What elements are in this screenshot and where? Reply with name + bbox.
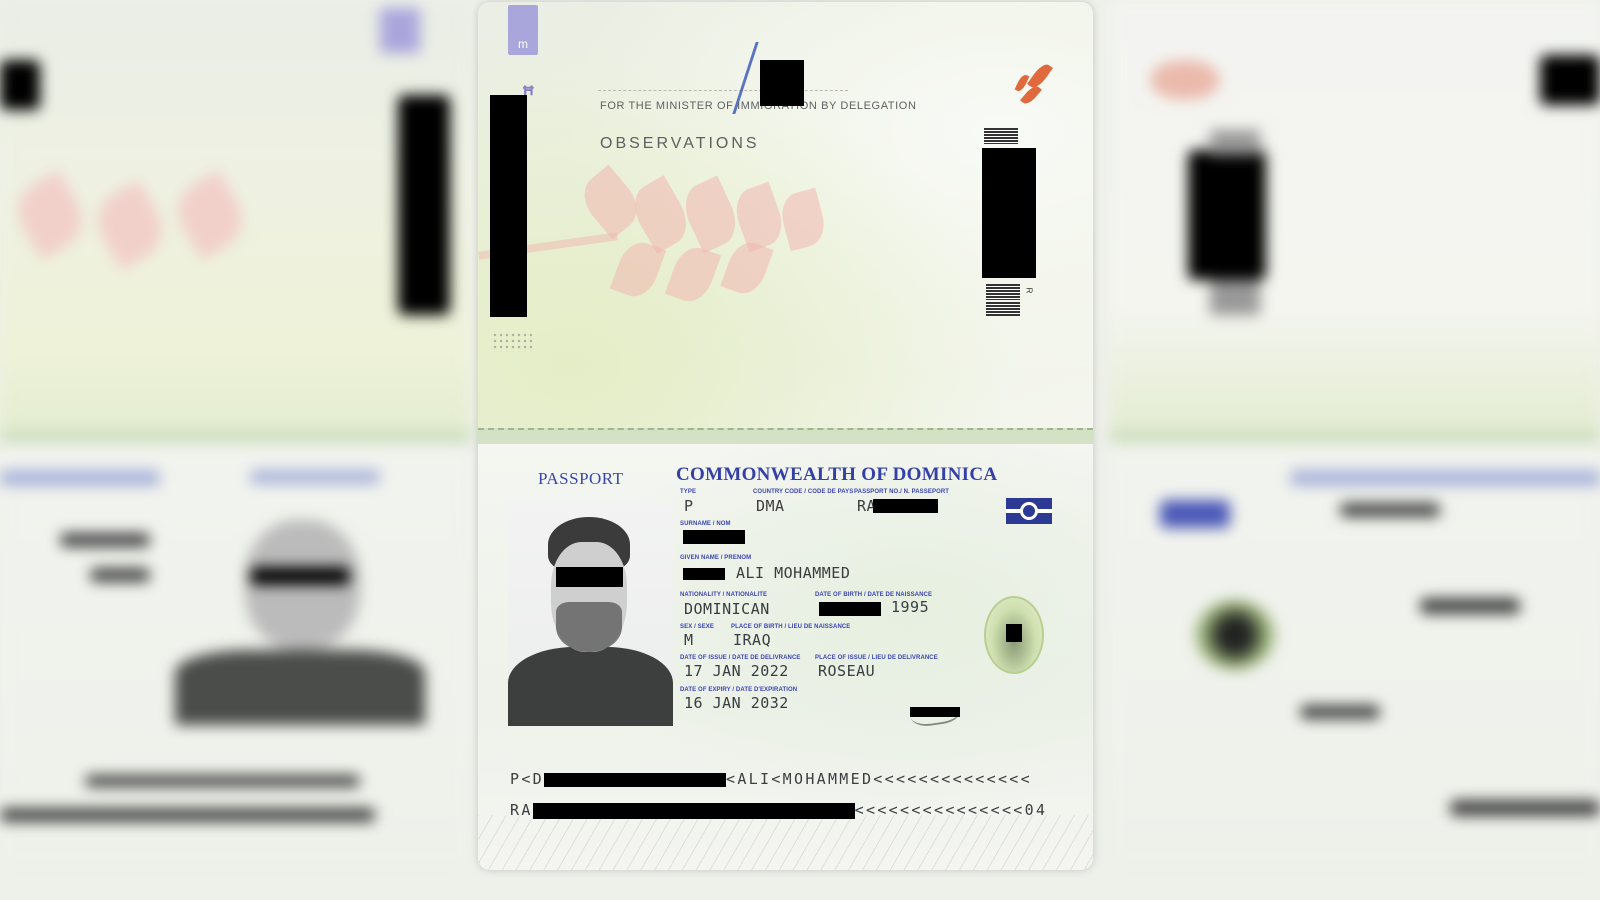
mrz-line-2: RA<<<<<<<<<<<<<<<04 — [510, 801, 1047, 819]
blurred-barcode — [1210, 130, 1260, 155]
blurred-stamp — [380, 8, 420, 53]
blurred-mrz-redaction — [1450, 800, 1600, 816]
passport-document: m ꟸ FOR THE MINISTER OF IMMIGRATION BY D… — [478, 2, 1093, 870]
barcode-segment — [986, 284, 1020, 300]
mrz-line-2-start: RA — [510, 801, 533, 819]
leaf-pattern — [729, 182, 789, 253]
blurred-seam — [0, 430, 470, 444]
type-value: P — [684, 497, 694, 515]
eye-redaction — [556, 567, 623, 587]
date-of-issue-value: 17 JAN 2022 — [684, 662, 789, 680]
leaf-pattern — [777, 188, 830, 251]
redaction-block — [1188, 150, 1266, 280]
redaction-block — [533, 803, 855, 819]
blurred-orange-mark — [1150, 60, 1220, 100]
type-label: TYPE — [680, 489, 696, 495]
nationality-value: DOMINICAN — [684, 600, 770, 618]
nationality-label: NATIONALITY / NATIONALITE — [680, 592, 767, 598]
stamp-letter: m — [518, 37, 528, 51]
mrz-line-2-end: <<<<<<<<<<<<<<<04 — [855, 801, 1048, 819]
sex-label: SEX / SEXE — [680, 624, 714, 630]
blurred-mrz-redaction — [85, 775, 360, 787]
redaction-block — [490, 95, 527, 317]
redaction-block — [683, 568, 725, 580]
minister-delegation-text: FOR THE MINISTER OF IMMIGRATION BY DELEG… — [600, 100, 917, 112]
ghost-image — [984, 596, 1044, 674]
observations-page: m ꟸ FOR THE MINISTER OF IMMIGRATION BY D… — [478, 2, 1093, 430]
date-of-issue-label: DATE OF ISSUE / DATE DE DELIVRANCE — [680, 655, 801, 661]
redaction-block — [982, 148, 1036, 278]
barcode-segment — [986, 302, 1020, 316]
observations-heading: OBSERVATIONS — [600, 135, 760, 153]
blurred-symbol — [1160, 500, 1230, 528]
redaction-block — [819, 602, 881, 616]
blurred-passport-right — [1110, 0, 1600, 900]
side-mark: R — [1024, 288, 1033, 294]
country-code-value: DMA — [756, 497, 785, 515]
country-code-label: COUNTRY CODE / CODE DE PAYS — [753, 489, 853, 495]
blurred-photo-face — [245, 520, 360, 650]
redaction-block — [0, 60, 40, 110]
place-of-issue-value: ROSEAU — [818, 662, 875, 680]
blurred-redaction — [90, 568, 150, 582]
blurred-photo-body — [175, 650, 425, 725]
signature-line — [598, 90, 848, 91]
barcode-segment — [984, 128, 1018, 144]
redaction-block — [250, 567, 350, 585]
redaction-block — [398, 95, 450, 315]
place-of-birth-value: IRAQ — [733, 631, 771, 649]
leaf-pattern — [610, 237, 666, 302]
given-name-label: GIVEN NAME / PRENOM — [680, 555, 751, 561]
redaction-block — [873, 499, 938, 513]
redaction-block — [910, 707, 960, 717]
blurred-barcode — [1210, 280, 1260, 315]
blurred-redaction — [1420, 598, 1520, 614]
sex-value: M — [684, 631, 694, 649]
hatched-border — [478, 815, 1093, 870]
page-seam — [478, 428, 1093, 444]
issuing-country: COMMONWEALTH OF DOMINICA — [676, 464, 997, 486]
blurred-passport-left — [0, 0, 470, 900]
blurred-redaction — [1340, 503, 1440, 517]
symbol-ring — [1020, 502, 1038, 520]
photo-beard — [556, 602, 622, 652]
orange-emblem-icon — [1027, 61, 1053, 91]
photo-shirt — [508, 647, 673, 726]
leaf-pattern — [676, 176, 744, 254]
date-of-expiry-label: DATE OF EXPIRY / DATE D'EXPIRATION — [680, 687, 797, 693]
place-of-issue-label: PLACE OF ISSUE / LIEU DE DELIVRANCE — [815, 655, 938, 661]
redaction-block — [1006, 624, 1022, 642]
blurred-text — [1290, 470, 1600, 486]
redaction-block — [544, 773, 726, 787]
document-type-label: PASSPORT — [538, 469, 624, 489]
date-of-birth-value: 1995 — [891, 598, 929, 616]
date-of-expiry-value: 16 JAN 2032 — [684, 694, 789, 712]
given-name-value: ALI MOHAMMED — [736, 564, 850, 582]
blurred-seam — [1110, 430, 1600, 444]
mrz-line-1-end: <ALI<MOHAMMED<<<<<<<<<<<<<< — [726, 770, 1032, 788]
national-symbol-icon — [1006, 498, 1052, 524]
blurred-text — [0, 470, 160, 486]
passport-number-label: PASSPORT NO./ N. PASSEPORT — [854, 489, 949, 495]
blurred-text — [250, 470, 380, 484]
mrz-line-1-start: P<D — [510, 770, 544, 788]
perforation-dots — [492, 332, 532, 352]
mrz-line-1: P<D<ALI<MOHAMMED<<<<<<<<<<<<<< — [510, 770, 1032, 788]
blurred-ghost-image — [1195, 600, 1275, 670]
leaf-pattern — [625, 175, 696, 254]
surname-label: SURNAME / NOM — [680, 521, 731, 527]
leaf-pattern — [665, 242, 721, 307]
place-of-birth-label: PLACE OF BIRTH / LIEU DE NAISSANCE — [731, 624, 850, 630]
blurred-redaction — [1300, 705, 1380, 719]
blurred-mrz-redaction — [0, 808, 375, 822]
redaction-block — [760, 60, 804, 106]
hologram-stamp: m — [508, 5, 538, 55]
blurred-redaction — [60, 533, 150, 547]
leaf-pattern — [720, 237, 773, 299]
redaction-block — [683, 530, 745, 544]
holder-photo — [508, 502, 673, 726]
redaction-block — [1540, 55, 1600, 105]
